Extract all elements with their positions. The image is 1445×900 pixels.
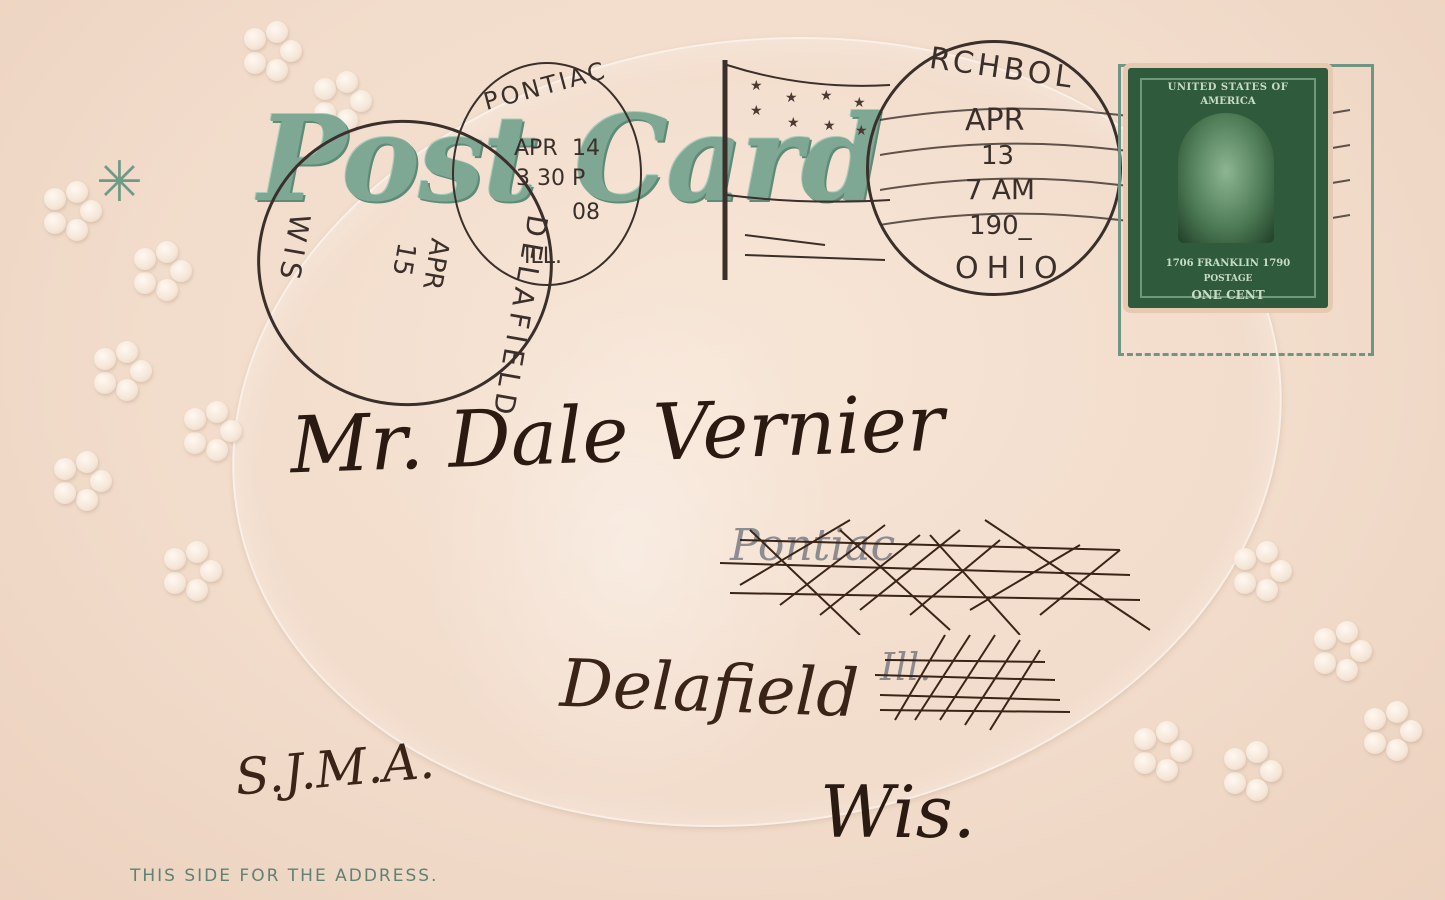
embossed-petal <box>54 458 76 480</box>
postcard: ✳ Post Card ★★★★ ★★★★ RCHBOL APR 13 7 AM… <box>0 0 1445 900</box>
embossed-petal <box>134 248 156 270</box>
embossed-petal <box>156 241 178 263</box>
destination-state: Wis. <box>820 770 976 854</box>
address-side-label: THIS SIDE FOR THE ADDRESS. <box>130 866 438 886</box>
svg-text:★: ★ <box>820 88 833 104</box>
embossed-petal <box>170 260 192 282</box>
embossed-petal <box>164 548 186 570</box>
embossed-petal <box>66 181 88 203</box>
embossed-petal <box>200 560 222 582</box>
embossed-petal <box>1336 621 1358 643</box>
embossed-petal <box>244 52 266 74</box>
svg-text:★: ★ <box>750 103 763 119</box>
embossed-petal <box>1134 728 1156 750</box>
embossed-petal <box>1156 721 1178 743</box>
svg-text:★: ★ <box>855 123 868 139</box>
postmark-town: PONTIAC <box>481 56 611 116</box>
embossed-petal <box>184 432 206 454</box>
embossed-petal <box>186 579 208 601</box>
embossed-petal <box>130 360 152 382</box>
embossed-petal <box>66 219 88 241</box>
postmark-month: APR <box>416 236 454 292</box>
crosshatch-strike-2 <box>875 630 1075 740</box>
embossed-petal <box>1314 652 1336 674</box>
embossed-petal <box>1256 579 1278 601</box>
svg-text:★: ★ <box>750 78 763 94</box>
franklin-one-cent-stamp: UNITED STATES OF AMERICA 1706 FRANKLIN 1… <box>1128 68 1328 308</box>
postmark-state: WIS <box>272 211 317 287</box>
embossed-petal <box>206 439 228 461</box>
embossed-petal <box>44 188 66 210</box>
embossed-petal <box>1270 560 1292 582</box>
embossed-petal <box>1246 779 1268 801</box>
embossed-petal <box>1400 720 1422 742</box>
svg-text:★: ★ <box>823 118 836 134</box>
embossed-petal <box>1364 708 1386 730</box>
stamp-country: UNITED STATES OF <box>1128 82 1328 93</box>
postmark-year: 08 <box>572 200 600 225</box>
destination-city: Delafield <box>559 645 860 732</box>
postmark-day: 15 <box>386 240 421 278</box>
embossed-petal <box>1350 640 1372 662</box>
embossed-petal <box>1364 732 1386 754</box>
stamp-value: ONE CENT <box>1128 288 1328 302</box>
ornament-asterisk-icon: ✳ <box>96 155 143 211</box>
embossed-petal <box>1234 548 1256 570</box>
embossed-petal <box>1224 772 1246 794</box>
embossed-petal <box>1386 701 1408 723</box>
postmark-month: APR <box>514 136 558 161</box>
embossed-petal <box>76 451 98 473</box>
franklin-portrait-icon <box>1178 113 1274 243</box>
embossed-petal <box>1386 739 1408 761</box>
svg-text:★: ★ <box>785 90 798 106</box>
embossed-petal <box>44 212 66 234</box>
embossed-petal <box>1234 572 1256 594</box>
embossed-petal <box>280 40 302 62</box>
embossed-petal <box>1314 628 1336 650</box>
embossed-petal <box>54 482 76 504</box>
embossed-petal <box>186 541 208 563</box>
embossed-petal <box>94 348 116 370</box>
embossed-petal <box>76 489 98 511</box>
handwritten-initials-note: S.J.M.A. <box>233 731 437 806</box>
embossed-petal <box>116 379 138 401</box>
embossed-petal <box>244 28 266 50</box>
embossed-petal <box>1260 760 1282 782</box>
embossed-petal <box>94 372 116 394</box>
embossed-petal <box>1170 740 1192 762</box>
stamp-name-line: 1706 FRANKLIN 1790 <box>1128 258 1328 269</box>
stamp-postage: POSTAGE <box>1128 274 1328 284</box>
embossed-petal <box>90 470 112 492</box>
embossed-petal <box>1156 759 1178 781</box>
embossed-petal <box>266 59 288 81</box>
embossed-petal <box>206 401 228 423</box>
embossed-petal <box>266 21 288 43</box>
embossed-petal <box>1224 748 1246 770</box>
embossed-petal <box>1134 752 1156 774</box>
embossed-petal <box>184 408 206 430</box>
svg-text:★: ★ <box>787 115 800 131</box>
embossed-petal <box>134 272 156 294</box>
embossed-petal <box>1256 541 1278 563</box>
postmark-day: 14 <box>572 136 600 161</box>
embossed-petal <box>220 420 242 442</box>
embossed-petal <box>1246 741 1268 763</box>
crosshatch-strike-1 <box>720 505 1170 635</box>
stamp-country2: AMERICA <box>1128 96 1328 107</box>
embossed-petal <box>1336 659 1358 681</box>
embossed-petal <box>156 279 178 301</box>
embossed-petal <box>164 572 186 594</box>
svg-text:★: ★ <box>853 95 866 111</box>
embossed-petal <box>116 341 138 363</box>
